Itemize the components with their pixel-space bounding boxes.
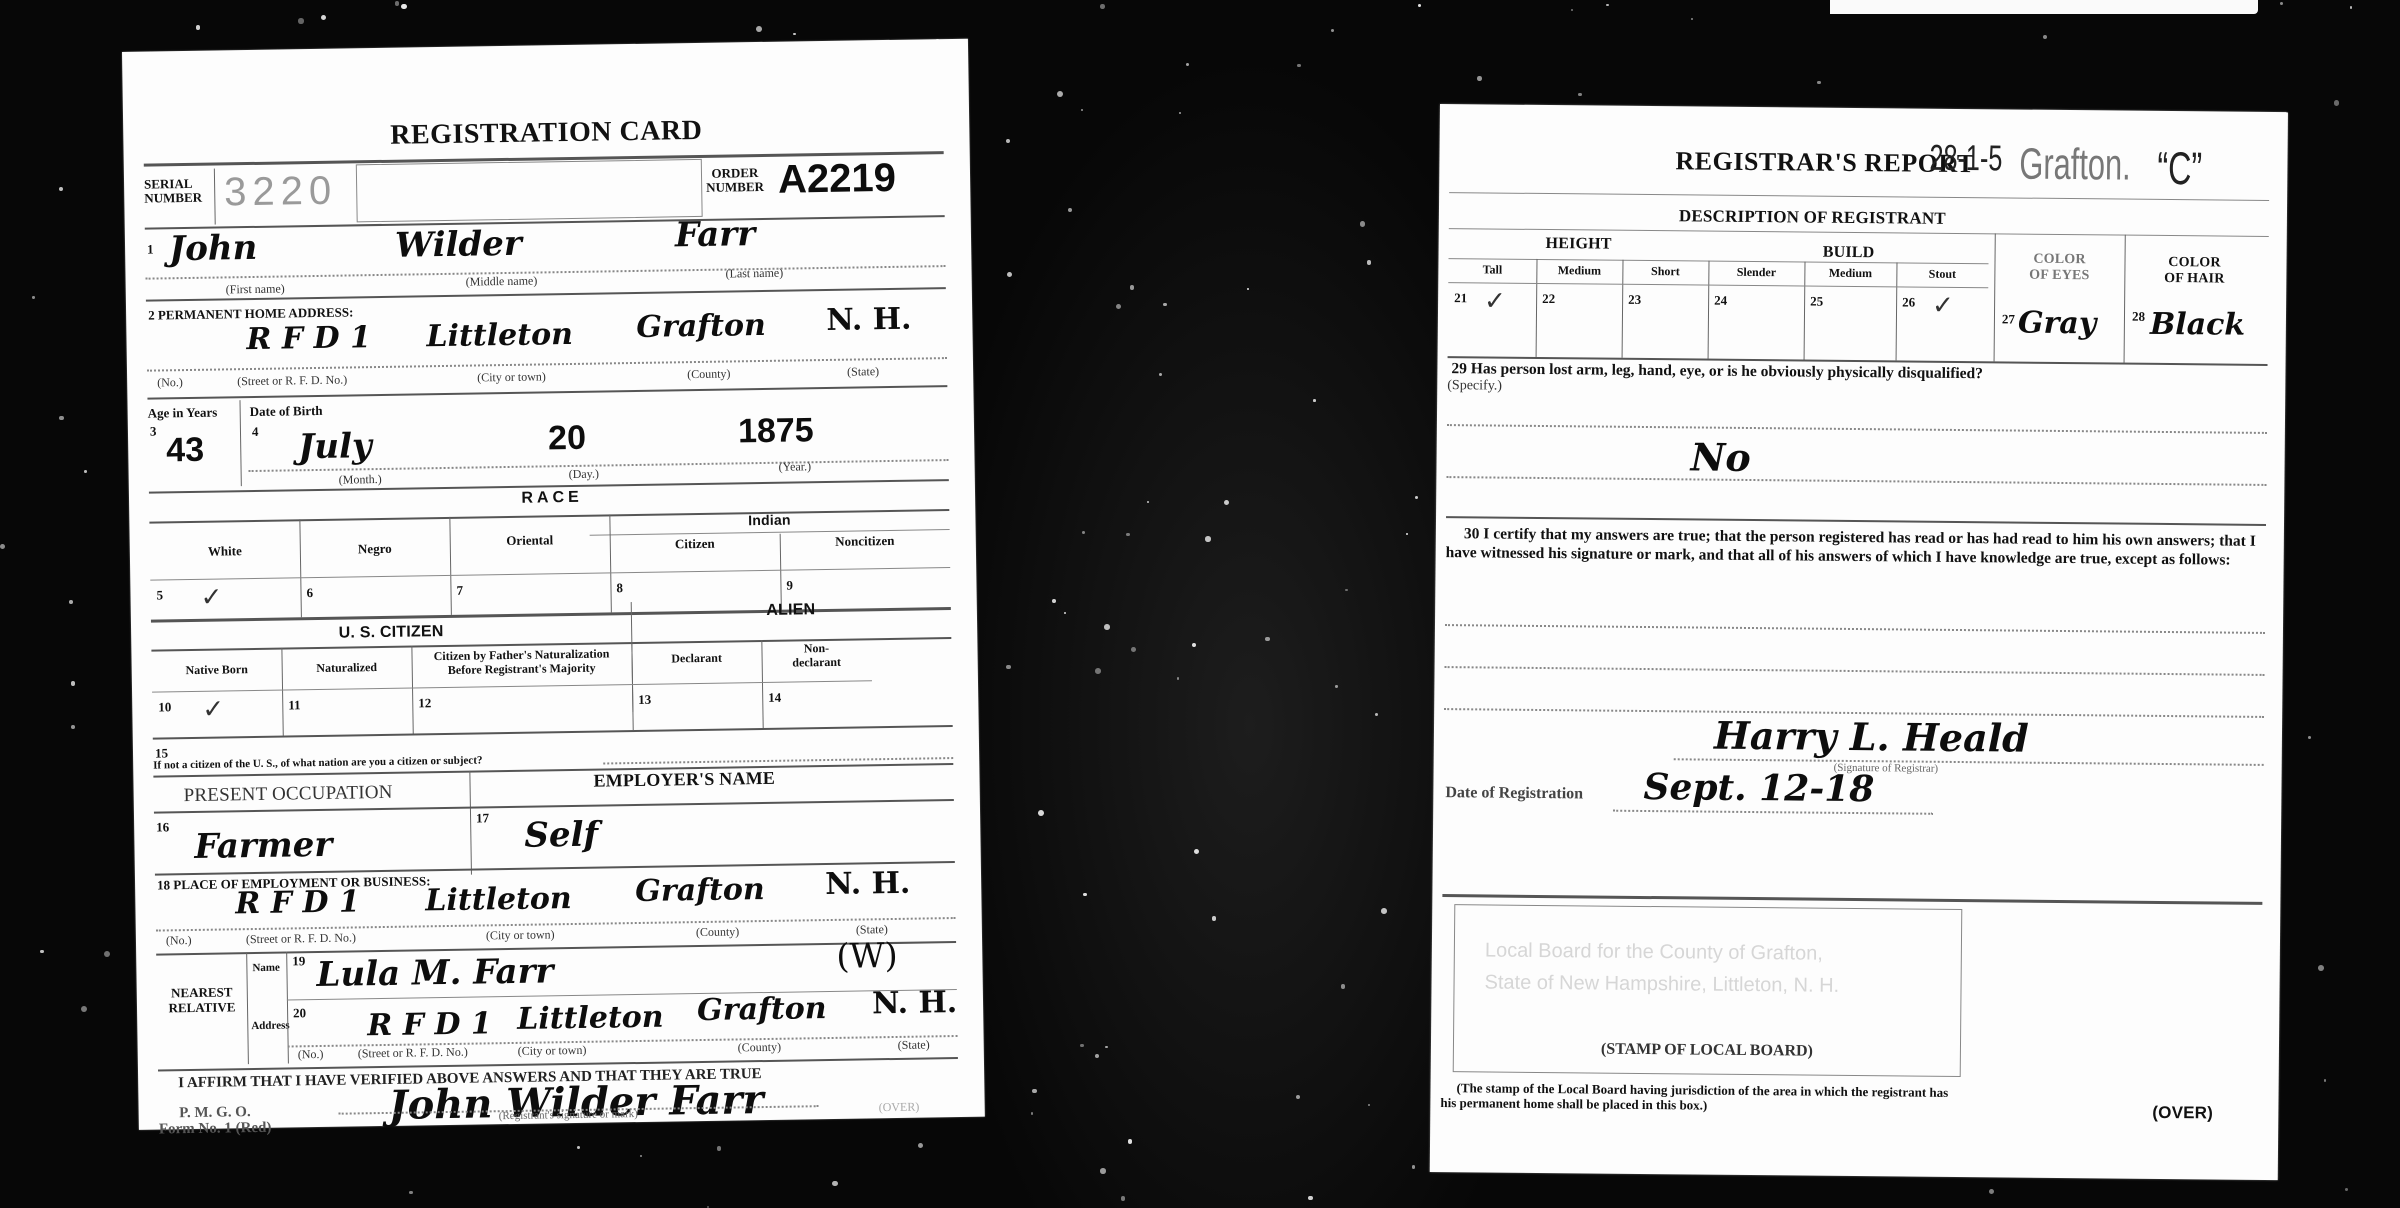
home-street: R F D 1 bbox=[246, 320, 371, 357]
serial-number-label: SERIAL NUMBER bbox=[144, 177, 202, 206]
employer-title: EMPLOYER'S NAME bbox=[593, 768, 775, 792]
address-sublabel: (County) bbox=[696, 924, 740, 940]
address-sublabel: (Street or R. F. D. No.) bbox=[358, 1045, 468, 1062]
dob-day: 20 bbox=[548, 419, 586, 459]
field-number: 12 bbox=[418, 695, 431, 711]
date-of-registration-label: Date of Registration bbox=[1445, 784, 1583, 803]
address-sublabel: (State) bbox=[898, 1037, 930, 1053]
description-table: Tall21✓Medium22Short23Slender24Medium25S… bbox=[1448, 258, 1995, 361]
table-column: Negro6 bbox=[299, 517, 451, 617]
address-sublabel: (City or town) bbox=[486, 927, 555, 943]
relative-county: Grafton bbox=[697, 991, 827, 1028]
employer-value: Self bbox=[524, 815, 598, 856]
us-citizen-title: U. S. CITIZEN bbox=[151, 620, 631, 646]
address-sublabel: (County) bbox=[738, 1040, 782, 1056]
column-header: Non- declarant bbox=[761, 640, 871, 670]
table-column: Oriental7 bbox=[449, 514, 611, 615]
occupation-title: PRESENT OCCUPATION bbox=[184, 782, 393, 807]
table-column: Short23 bbox=[1622, 260, 1709, 359]
table-column: Native Born10✓ bbox=[151, 648, 282, 738]
eye-color-title: COLOR OF EYES bbox=[1994, 251, 2124, 284]
address-sublabel: (City or town) bbox=[477, 369, 546, 385]
address-sublabel: (State) bbox=[847, 364, 879, 380]
table-column: Slender24 bbox=[1708, 261, 1805, 360]
field-number: 11 bbox=[288, 697, 301, 713]
stamp-ghost-line: State of New Hampshire, Littleton, N. H. bbox=[1484, 971, 1839, 997]
signature-label: (Registrant's signature or mark) bbox=[499, 1108, 638, 1122]
disqualification-answer: No bbox=[1690, 434, 1751, 480]
table-column: Tall21✓ bbox=[1448, 258, 1537, 357]
field-number: 4 bbox=[252, 424, 259, 440]
nationality-question: If not a citizen of the U. S., of what n… bbox=[153, 754, 482, 771]
registrant-signature: John Wilder Farr bbox=[388, 1076, 764, 1129]
address-sublabel: (No.) bbox=[166, 933, 192, 948]
date-of-registration-value: Sept. 12-18 bbox=[1643, 766, 1874, 810]
description-subtitle: DESCRIPTION OF REGISTRANT bbox=[1679, 206, 1946, 229]
check-mark-icon: ✓ bbox=[1932, 291, 1954, 321]
employment-city: Littleton bbox=[425, 881, 572, 918]
date-of-birth-label: Date of Birth bbox=[250, 403, 323, 420]
field-number: 28 bbox=[2132, 309, 2145, 325]
registrar-signature: Harry L. Heald bbox=[1714, 713, 2029, 761]
last-name: Farr bbox=[675, 214, 756, 255]
middle-name-label: (Middle name) bbox=[466, 274, 538, 290]
column-header: Short bbox=[1622, 264, 1708, 279]
table-column: Medium22 bbox=[1536, 259, 1623, 358]
home-city: Littleton bbox=[426, 317, 573, 354]
column-header: Slender bbox=[1708, 265, 1804, 280]
order-number-value: A2219 bbox=[778, 156, 897, 203]
age-value: 43 bbox=[166, 431, 204, 471]
field-number: 10 bbox=[158, 699, 171, 715]
field-number: 24 bbox=[1714, 293, 1727, 309]
table-column: Noncitizen9 bbox=[779, 509, 951, 610]
field-number: 25 bbox=[1810, 294, 1823, 310]
adjacent-card-edge bbox=[1830, 0, 2258, 14]
middle-name: Wilder bbox=[395, 224, 522, 266]
occupation-value: Farmer bbox=[194, 825, 332, 867]
stamp-county: Grafton. bbox=[2019, 140, 2131, 191]
column-header: Medium bbox=[1804, 266, 1896, 281]
field-number: 19 bbox=[292, 953, 305, 969]
relative-state: N. H. bbox=[872, 985, 958, 1021]
dob-day-label: (Day.) bbox=[569, 467, 599, 482]
stamp-box-label: (STAMP OF LOCAL BOARD) bbox=[1454, 1039, 1960, 1062]
relative-name-label: Name bbox=[252, 962, 280, 974]
order-number-label: ORDER NUMBER bbox=[706, 166, 764, 195]
field-number: 8 bbox=[616, 580, 623, 596]
relative-name: Lula M. Farr bbox=[316, 951, 553, 995]
first-name: John bbox=[169, 228, 258, 269]
stamp-ghost-line: Local Board for the County of Grafton, bbox=[1485, 939, 1823, 965]
column-header: Native Born bbox=[152, 662, 282, 678]
first-name-label: (First name) bbox=[226, 281, 285, 297]
column-header: White bbox=[150, 543, 300, 559]
relative-street: R F D 1 bbox=[367, 1006, 492, 1043]
address-sublabel: (No.) bbox=[298, 1047, 324, 1062]
field-number: 1 bbox=[147, 242, 154, 258]
dob-year: 1875 bbox=[738, 411, 814, 451]
column-header: Medium bbox=[1536, 263, 1622, 278]
employment-state: N. H. bbox=[825, 866, 911, 902]
dob-month-label: (Month.) bbox=[339, 472, 382, 488]
column-header: Negro bbox=[300, 541, 450, 557]
column-header: Citizen bbox=[610, 536, 780, 553]
table-column: Citizen8 bbox=[609, 512, 781, 613]
check-mark-icon: ✓ bbox=[200, 582, 222, 612]
field-number: 20 bbox=[293, 1005, 306, 1021]
check-mark-icon: ✓ bbox=[1484, 286, 1506, 316]
column-header: Declarant bbox=[631, 650, 761, 666]
field-number: 26 bbox=[1902, 294, 1915, 310]
race-title: RACE bbox=[129, 483, 975, 514]
field-number: 9 bbox=[786, 578, 793, 594]
hair-color-title: COLOR OF HAIR bbox=[2124, 255, 2264, 288]
column-header: Noncitizen bbox=[780, 533, 950, 550]
table-column: Non- declarant14 bbox=[761, 638, 872, 728]
home-state: N. H. bbox=[826, 302, 912, 338]
table-column: Stout26✓ bbox=[1896, 262, 1989, 361]
nearest-relative-label: NEAREST RELATIVE bbox=[157, 984, 247, 1015]
relative-relation: (W) bbox=[836, 936, 898, 977]
employment-street: R F D 1 bbox=[235, 884, 360, 921]
serial-blank-box bbox=[356, 159, 703, 222]
height-title: HEIGHT bbox=[1449, 234, 1709, 254]
citizenship-table: Native Born10✓Naturalized11Citizen by Fa… bbox=[151, 637, 952, 738]
field-number: 7 bbox=[456, 583, 463, 599]
field-number: 13 bbox=[638, 692, 651, 708]
field-number: 22 bbox=[1542, 291, 1555, 307]
field-number: 27 bbox=[2002, 311, 2015, 327]
address-sublabel: (Street or R. F. D. No.) bbox=[237, 373, 347, 390]
over-label: (OVER) bbox=[2152, 1103, 2213, 1124]
card-title: REGISTRATION CARD bbox=[123, 111, 969, 156]
address-sublabel: (Street or R. F. D. No.) bbox=[246, 930, 356, 947]
dob-year-label: (Year.) bbox=[778, 459, 811, 475]
field-number: 21 bbox=[1454, 290, 1467, 306]
field-number: 5 bbox=[156, 587, 163, 603]
age-label: Age in Years bbox=[148, 405, 218, 422]
field-number: 16 bbox=[156, 819, 169, 835]
relative-city: Littleton bbox=[517, 1000, 664, 1037]
form-identifier: P. M. G. O. Form No. 1 (Red) bbox=[159, 1104, 272, 1138]
dob-month: July bbox=[298, 426, 372, 467]
last-name-label: (Last name) bbox=[725, 266, 783, 282]
table-column: Naturalized11 bbox=[281, 646, 412, 736]
field-number: 17 bbox=[476, 810, 489, 826]
hair-color-value: Black bbox=[2150, 307, 2246, 343]
field-number: 6 bbox=[306, 585, 313, 601]
column-header: Oriental bbox=[450, 532, 610, 549]
stamp-note: (The stamp of the Local Board having jur… bbox=[1440, 1080, 1960, 1115]
certification-text: 30 I certify that my answers are true; t… bbox=[1446, 524, 2256, 570]
registration-card: REGISTRATION CARD SERIAL NUMBER 3220 ORD… bbox=[122, 39, 985, 1130]
eye-color-value: Gray bbox=[2018, 306, 2097, 342]
table-column: White5✓ bbox=[149, 519, 301, 619]
relative-address-label: Address bbox=[251, 1019, 289, 1032]
column-header: Tall bbox=[1448, 262, 1536, 277]
address-sublabel: (County) bbox=[687, 366, 731, 382]
alien-title: ALIEN bbox=[631, 599, 951, 622]
field-number: 23 bbox=[1628, 292, 1641, 308]
home-county: Grafton bbox=[636, 308, 766, 345]
field-number: 3 bbox=[150, 424, 157, 440]
serial-number-value: 3220 bbox=[224, 169, 338, 216]
address-sublabel: (City or town) bbox=[518, 1043, 587, 1059]
field-number: 14 bbox=[768, 690, 781, 706]
column-header: Citizen by Father's Naturalization Befor… bbox=[411, 646, 631, 677]
table-column: Declarant13 bbox=[631, 640, 762, 730]
stamp-code: 28-1-5 bbox=[1929, 137, 2002, 180]
column-header: Stout bbox=[1896, 266, 1988, 281]
table-column: Medium25 bbox=[1804, 262, 1897, 361]
check-mark-icon: ✓ bbox=[202, 694, 224, 724]
specify-label: (Specify.) bbox=[1447, 378, 1502, 395]
stamp-class: “C” bbox=[2157, 141, 2202, 195]
registrars-report-card: REGISTRAR'S REPORT 28-1-5 Grafton. “C” D… bbox=[1430, 104, 2288, 1180]
address-sublabel: (No.) bbox=[157, 375, 183, 390]
disqualification-question: 29 Has person lost arm, leg, hand, eye, … bbox=[1451, 360, 1983, 383]
employment-county: Grafton bbox=[635, 872, 765, 909]
column-header: Naturalized bbox=[282, 660, 412, 676]
over-label: (OVER) bbox=[879, 1100, 920, 1116]
local-board-stamp-box: Local Board for the County of Grafton, S… bbox=[1453, 904, 1963, 1077]
